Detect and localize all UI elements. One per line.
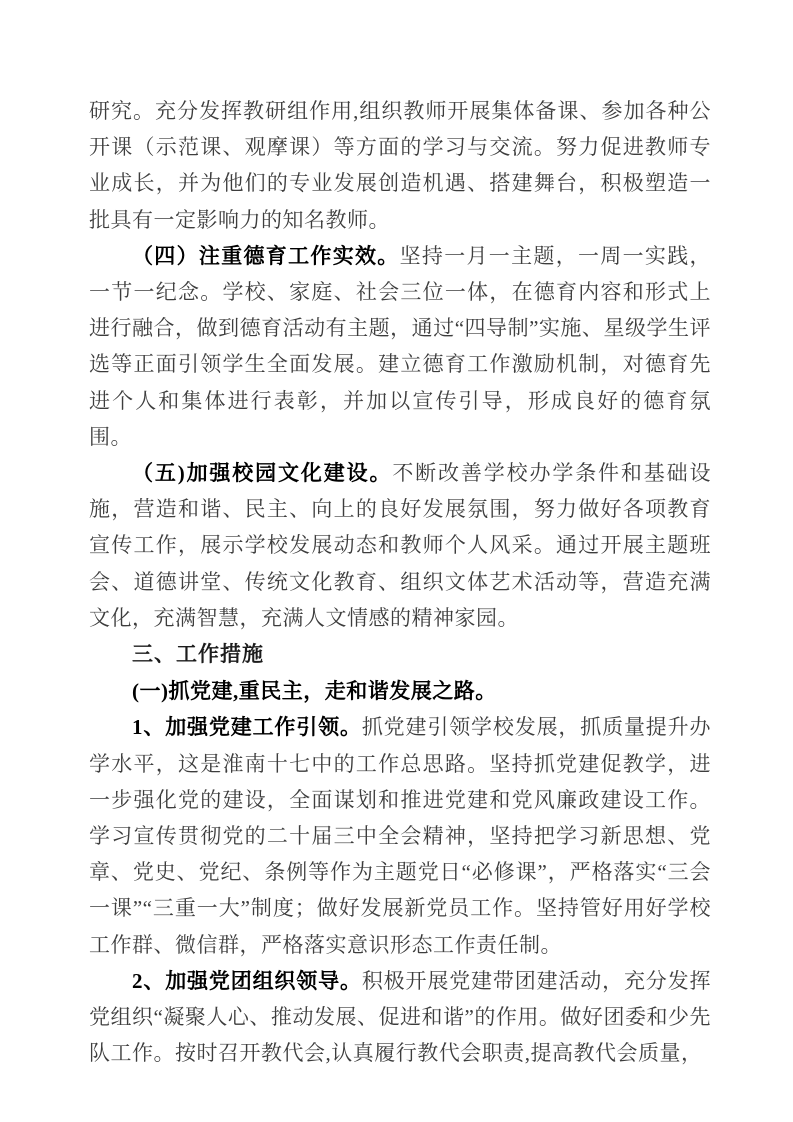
heading-subsection-1-text: (一)抓党建,重民主，走和谐发展之路。 <box>132 679 497 703</box>
paragraph-continuation: 研究。充分发挥教研组作用,组织教师开展集体备课、参加各种公开课（示范课、观摩课）… <box>89 93 711 238</box>
paragraph-item-2-heading: 2、加强党团组织领导。 <box>132 969 362 993</box>
paragraph-section-4-heading: （四）注重德育工作实效。 <box>132 244 400 268</box>
paragraph-section-5-heading: （五)加强校园文化建设。 <box>132 461 392 485</box>
paragraph-item-1-text: 抓党建引领学校发展，抓质量提升办学水平，这是淮南十七中的工作总思路。坚持抓党建促… <box>89 715 711 956</box>
paragraph-item-2: 2、加强党团组织领导。积极开展党建带团建活动，充分发挥党组织“凝聚人心、推动发展… <box>89 963 711 1072</box>
document-page: 研究。充分发挥教研组作用,组织教师开展集体备课、参加各种公开课（示范课、观摩课）… <box>0 0 793 1122</box>
paragraph-item-1: 1、加强党建工作引领。抓党建引领学校发展，抓质量提升办学水平，这是淮南十七中的工… <box>89 709 711 962</box>
document-body: 研究。充分发挥教研组作用,组织教师开展集体备课、参加各种公开课（示范课、观摩课）… <box>89 93 711 1071</box>
paragraph-item-1-heading: 1、加强党建工作引领。 <box>132 715 362 739</box>
heading-subsection-1: (一)抓党建,重民主，走和谐发展之路。 <box>89 673 711 709</box>
paragraph-continuation-text: 研究。充分发挥教研组作用,组织教师开展集体备课、参加各种公开课（示范课、观摩课）… <box>89 99 711 232</box>
paragraph-section-4-text: 坚持一月一主题，一周一实践，一节一纪念。学校、家庭、社会三位一体，在德育内容和形… <box>89 244 711 449</box>
heading-part-3: 三、工作措施 <box>89 636 711 673</box>
paragraph-section-4: （四）注重德育工作实效。坚持一月一主题，一周一实践，一节一纪念。学校、家庭、社会… <box>89 238 711 455</box>
paragraph-section-5-text: 不断改善学校办学条件和基础设施，营造和谐、民主、向上的良好发展氛围，努力做好各项… <box>89 461 711 630</box>
heading-part-3-text: 三、工作措施 <box>132 643 264 666</box>
paragraph-section-5: （五)加强校园文化建设。不断改善学校办学条件和基础设施，营造和谐、民主、向上的良… <box>89 455 711 636</box>
